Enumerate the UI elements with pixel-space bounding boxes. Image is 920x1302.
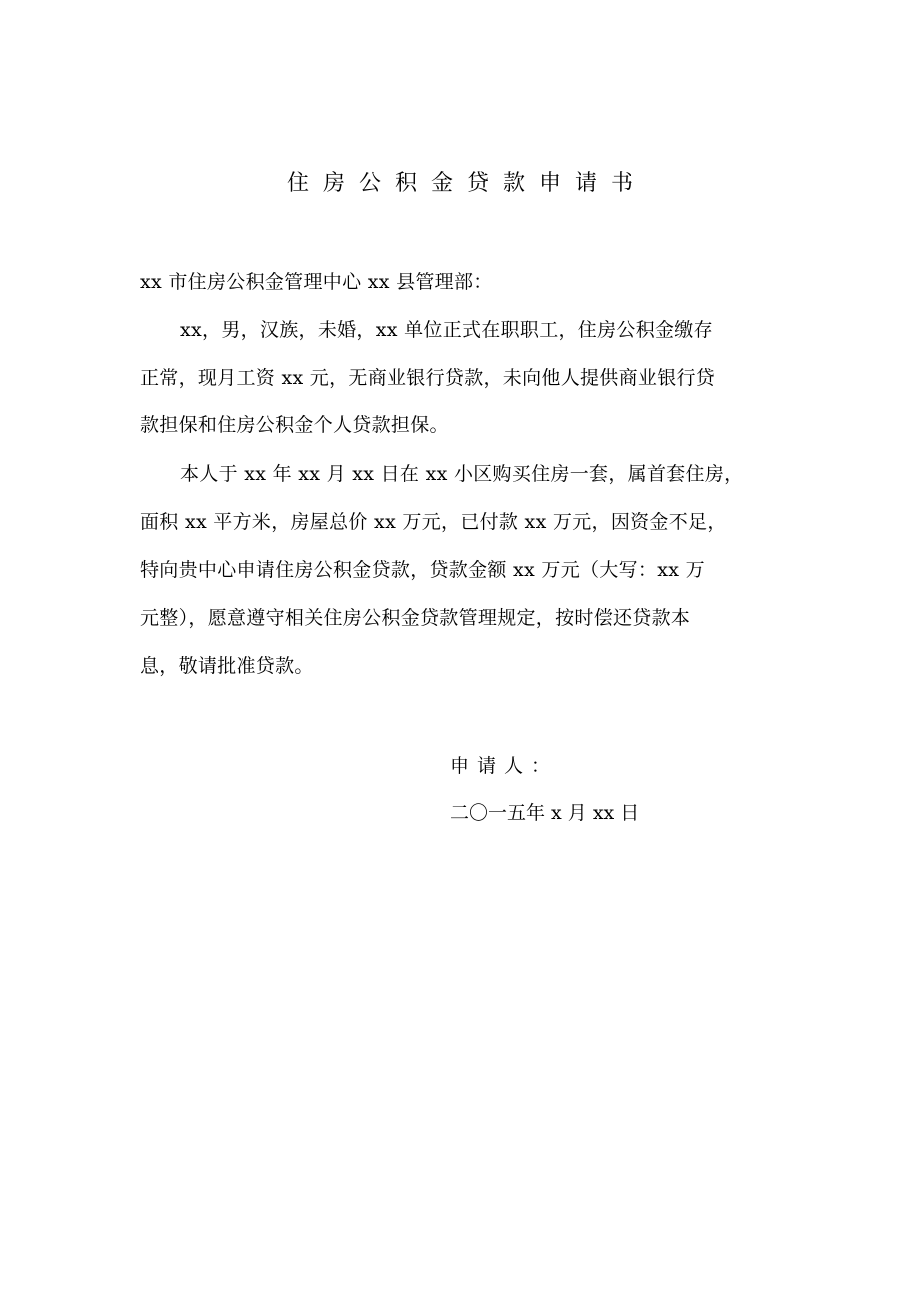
paragraph-line: 面积 xx 平方米，房屋总价 xx 万元，已付款 xx 万元，因资金不足， <box>140 508 727 536</box>
paragraph-line: 元整），愿意遵守相关住房公积金贷款管理规定，按时偿还贷款本 <box>140 604 690 632</box>
paragraph-line: 特向贵中心申请住房公积金贷款，贷款金额 xx 万元（大写：xx 万 <box>140 556 705 584</box>
document-page: 住房公积金贷款申请书 xx 市住房公积金管理中心 xx 县管理部： xx，男，汉… <box>0 0 920 1302</box>
paragraph-line: 息，敬请批准贷款。 <box>140 652 314 680</box>
document-title: 住房公积金贷款申请书 <box>0 168 920 200</box>
paragraph-line: 款担保和住房公积金个人贷款担保。 <box>140 411 449 439</box>
paragraph-line: xx，男，汉族，未婚，xx 单位正式在职职工，住房公积金缴存 <box>180 316 713 344</box>
paragraph-line: 本人于 xx 年 xx 月 xx 日在 xx 小区购买住房一套，属首套住房， <box>180 460 743 488</box>
paragraph-line: 正常，现月工资 xx 元，无商业银行贷款，未向他人提供商业银行贷 <box>140 364 715 392</box>
salutation: xx 市住房公积金管理中心 xx 县管理部： <box>140 268 493 296</box>
applicant-label: 申请人： <box>450 752 558 780</box>
signature-date: 二〇一五年 x 月 xx 日 <box>450 799 639 827</box>
